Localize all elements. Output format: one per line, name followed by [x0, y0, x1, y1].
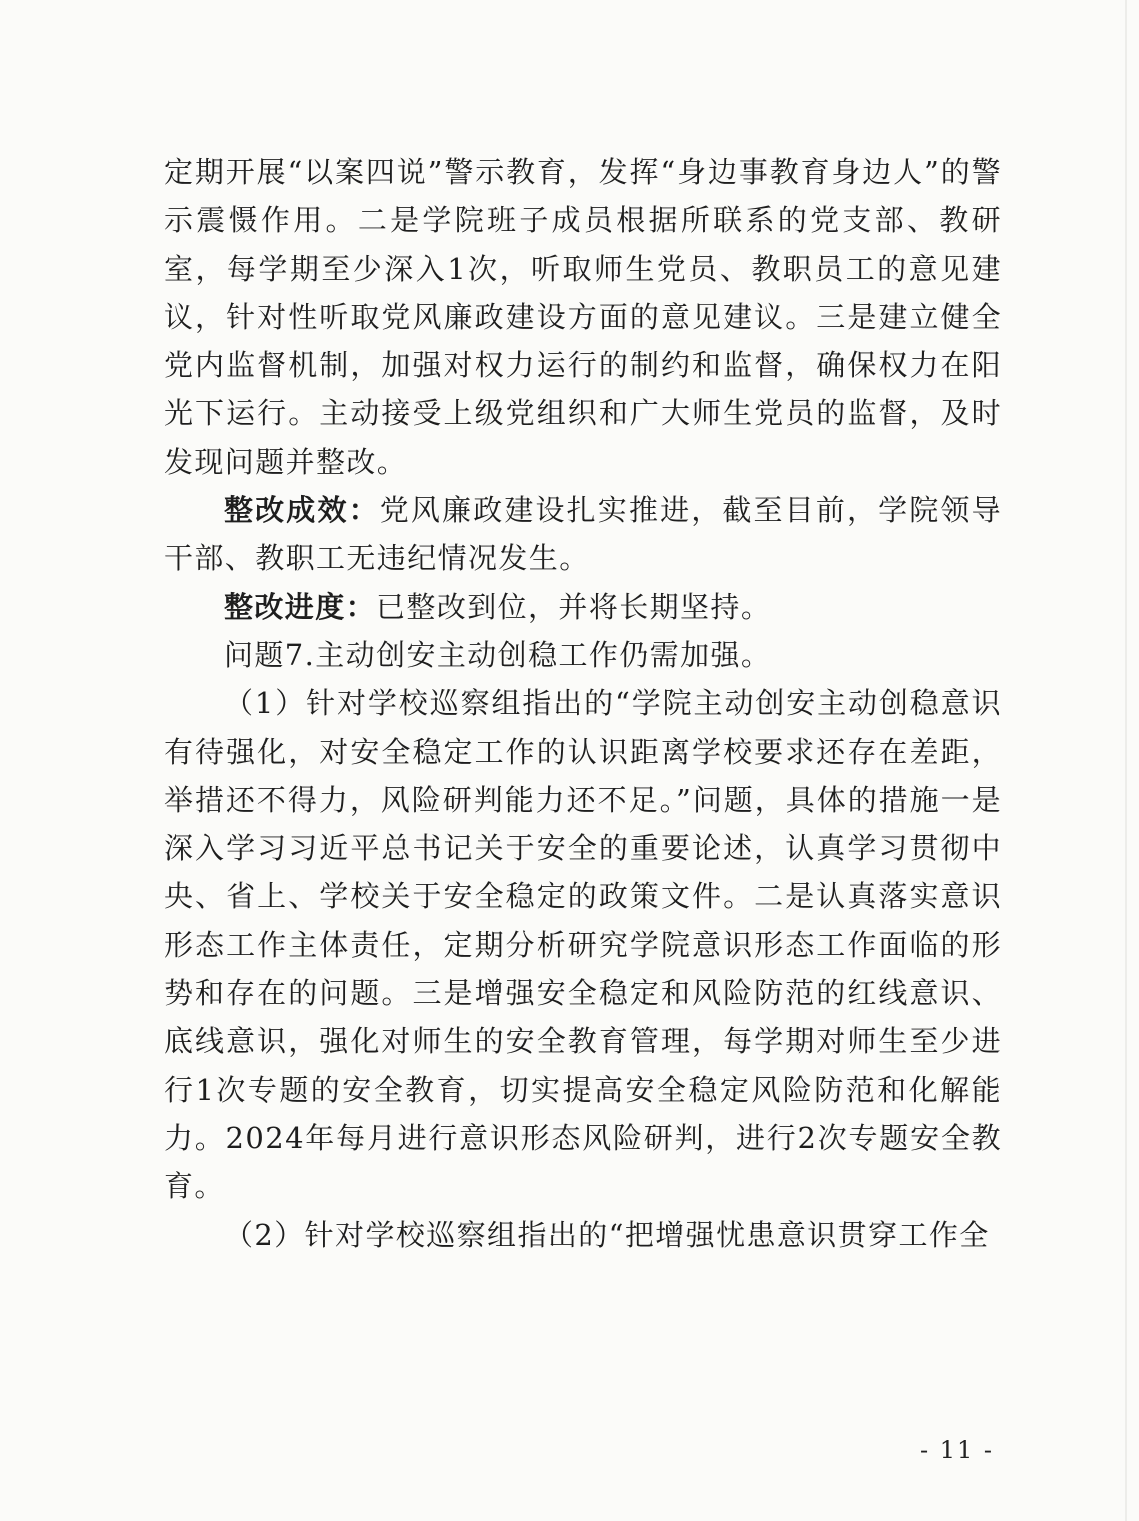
paragraph-rectification-result: 整改成效：党风廉政建设扎实推进，截至目前，学院领导干部、教职工无违纪情况发生。 [164, 486, 1002, 583]
paragraph-text: （2）针对学校巡察组指出的“把增强忧患意识贯穿工作全 [224, 1218, 990, 1252]
paragraph-continued: 定期开展“以案四说”警示教育，发挥“身边事教育身边人”的警示震慑作用。二是学院班… [164, 148, 1002, 486]
page-edge [1125, 0, 1127, 1521]
paragraph-text: 定期开展“以案四说”警示教育，发挥“身边事教育身边人”的警示震慑作用。二是学院班… [164, 155, 1002, 479]
paragraph-text: 已整改到位，并将长期坚持。 [376, 590, 771, 624]
paragraph-lead-label: 整改进度： [224, 590, 376, 624]
paragraph-text: （1）针对学校巡察组指出的“学院主动创安主动创稳意识有待强化，对安全稳定工作的认… [164, 686, 1002, 1203]
issue-heading-text: 问题7.主动创安主动创稳工作仍需加强。 [224, 638, 771, 672]
paragraph-measure-1: （1）针对学校巡察组指出的“学院主动创安主动创稳意识有待强化，对安全稳定工作的认… [164, 679, 1002, 1210]
paragraph-lead-label: 整改成效： [224, 493, 380, 527]
issue-heading: 问题7.主动创安主动创稳工作仍需加强。 [164, 631, 1002, 679]
paragraph-rectification-progress: 整改进度：已整改到位，并将长期坚持。 [164, 583, 1002, 631]
paragraph-measure-2: （2）针对学校巡察组指出的“把增强忧患意识贯穿工作全 [164, 1211, 1002, 1259]
document-body: 定期开展“以案四说”警示教育，发挥“身边事教育身边人”的警示震慑作用。二是学院班… [164, 148, 1002, 1259]
page-number: - 11 - [920, 1436, 994, 1464]
